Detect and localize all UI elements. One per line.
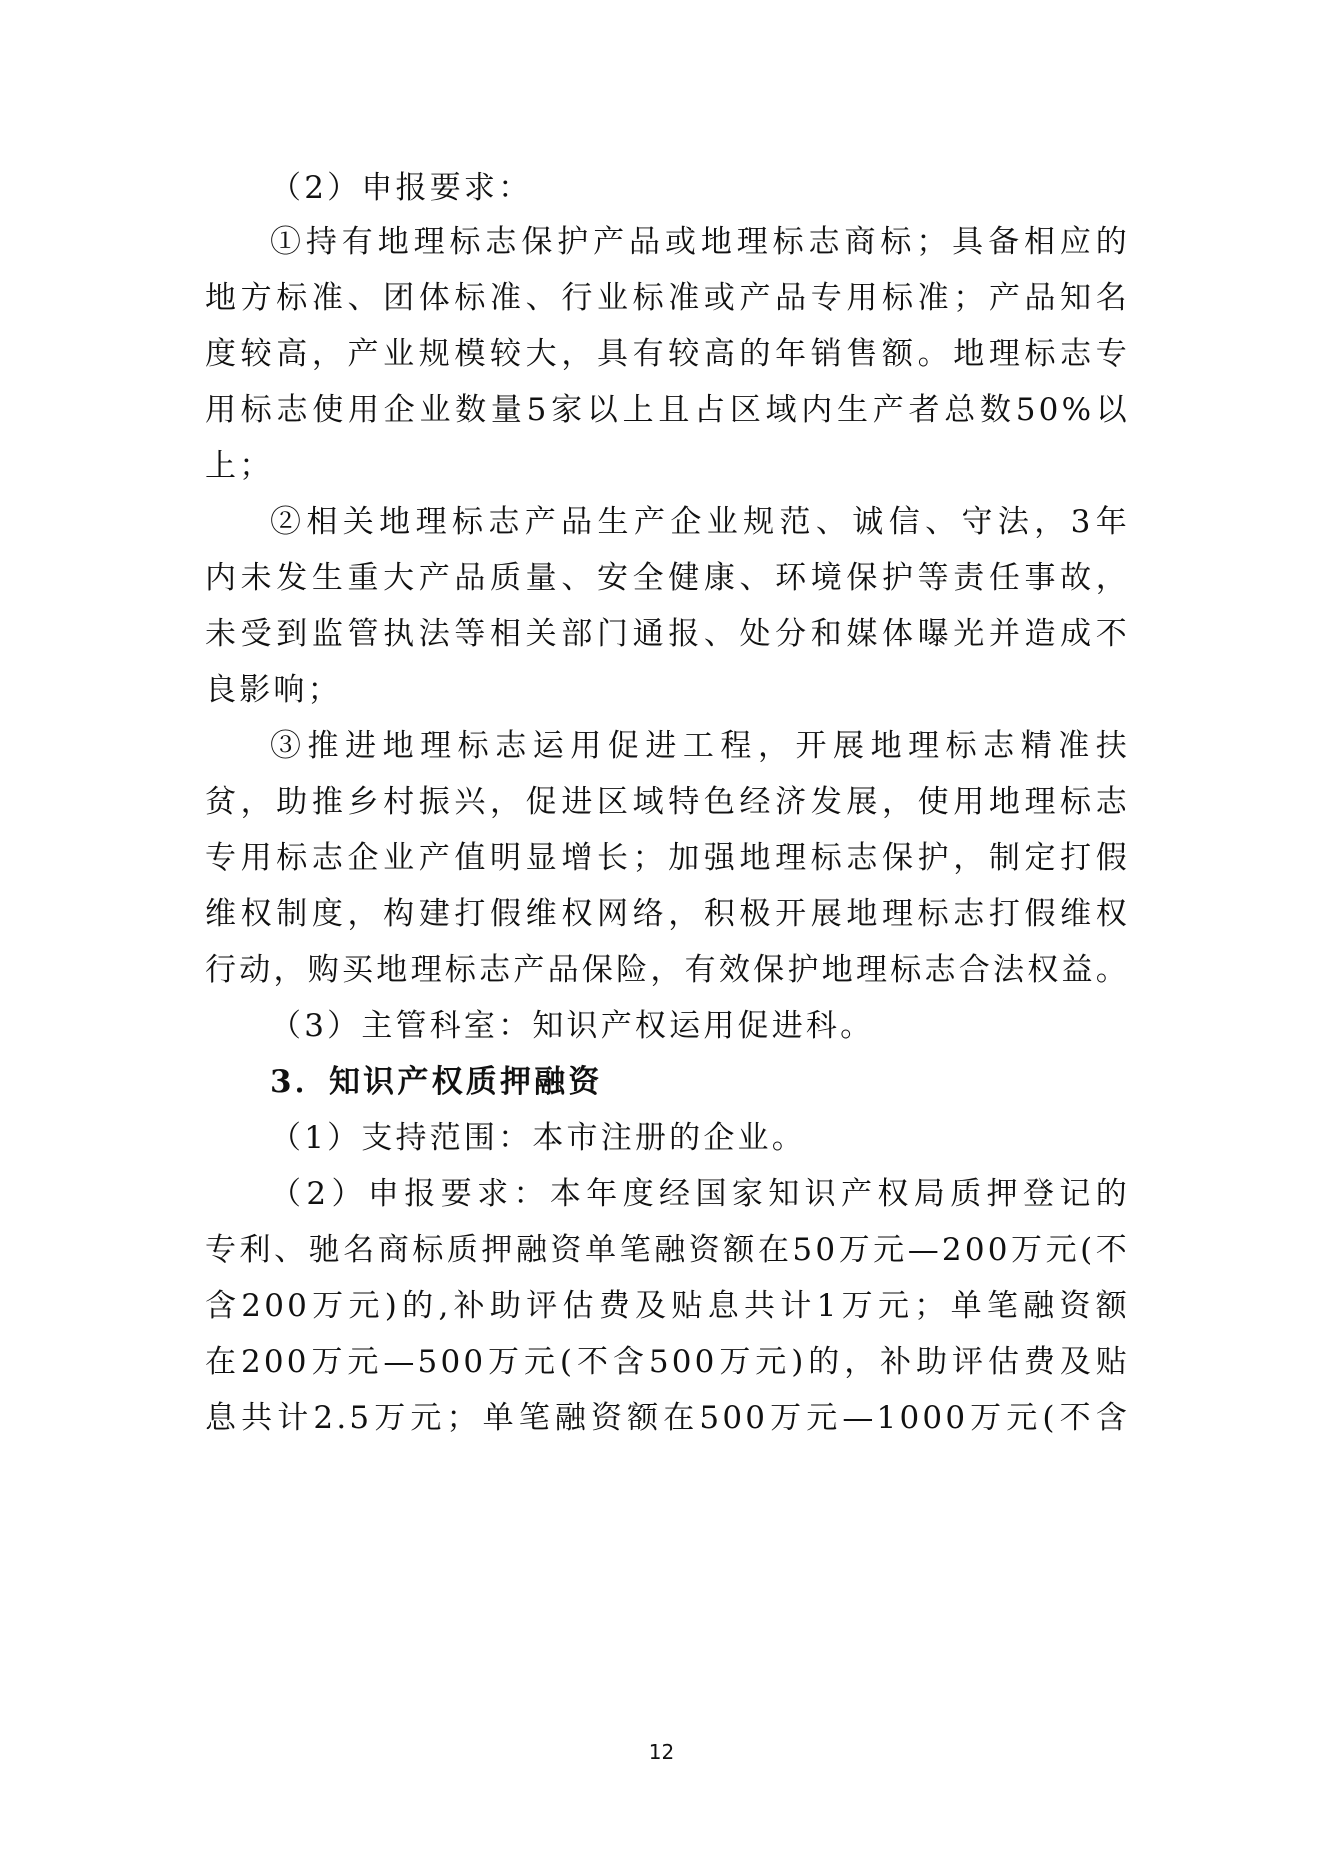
paragraph-line: （1）支持范围：本市注册的企业。: [270, 1118, 1130, 1158]
document-page: （2）申报要求： ①持有地理标志保护产品或地理标志商标；具备相应的 地方标准、团…: [0, 0, 1323, 1871]
paragraph-line: 上；: [205, 446, 1130, 486]
paragraph-line: （3）主管科室：知识产权运用促进科。: [270, 1006, 1130, 1046]
paragraph-line: ②相关地理标志产品生产企业规范、诚信、守法，3年: [270, 502, 1130, 542]
paragraph-line: ①持有地理标志保护产品或地理标志商标；具备相应的: [270, 222, 1130, 262]
paragraph-line: 良影响；: [205, 670, 1130, 710]
paragraph-line: （2）申报要求：: [270, 168, 1130, 208]
paragraph-line: 内未发生重大产品质量、安全健康、环境保护等责任事故，: [205, 558, 1130, 598]
paragraph-line: 专利、驰名商标质押融资单笔融资额在50万元—200万元(不: [205, 1230, 1130, 1270]
paragraph-line: 在200万元—500万元(不含500万元)的，补助评估费及贴: [205, 1342, 1130, 1382]
paragraph-line: 含200万元)的,补助评估费及贴息共计1万元；单笔融资额: [205, 1286, 1130, 1326]
page-number: 12: [0, 1740, 1323, 1764]
paragraph-line: 维权制度，构建打假维权网络，积极开展地理标志打假维权: [205, 894, 1130, 934]
paragraph-line: 贫，助推乡村振兴，促进区域特色经济发展，使用地理标志: [205, 782, 1130, 822]
paragraph-line: 专用标志企业产值明显增长；加强地理标志保护，制定打假: [205, 838, 1130, 878]
paragraph-line: 行动，购买地理标志产品保险，有效保护地理标志合法权益。: [205, 950, 1130, 990]
paragraph-line: 用标志使用企业数量5家以上且占区域内生产者总数50%以: [205, 390, 1130, 430]
paragraph-line: 度较高，产业规模较大，具有较高的年销售额。地理标志专: [205, 334, 1130, 374]
paragraph-line: 未受到监管执法等相关部门通报、处分和媒体曝光并造成不: [205, 614, 1130, 654]
paragraph-line: ③推进地理标志运用促进工程，开展地理标志精准扶: [270, 726, 1130, 766]
paragraph-line: 地方标准、团体标准、行业标准或产品专用标准；产品知名: [205, 278, 1130, 318]
section-heading: 3．知识产权质押融资: [270, 1062, 1130, 1102]
paragraph-line: （2）申报要求：本年度经国家知识产权局质押登记的: [270, 1174, 1130, 1214]
paragraph-line: 息共计2.5万元；单笔融资额在500万元—1000万元(不含: [205, 1398, 1130, 1438]
